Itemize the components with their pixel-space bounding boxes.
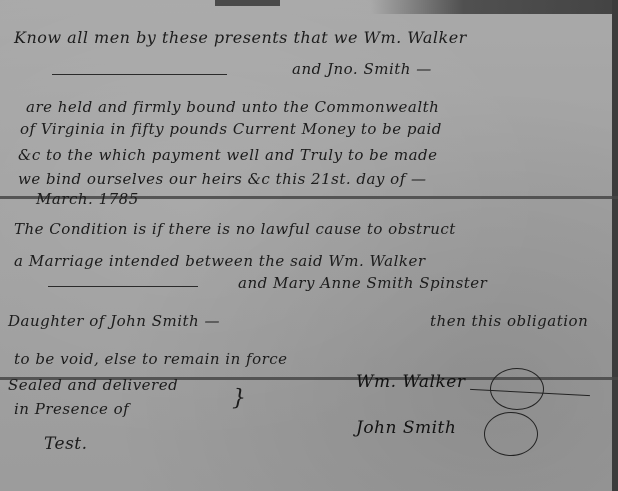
body-date: March. 1785	[36, 190, 139, 208]
brace: }	[232, 386, 247, 411]
blank-rule	[52, 74, 227, 75]
document-page: Know all men by these presents that we W…	[0, 0, 618, 491]
attestation-presence: in Presence of	[14, 400, 129, 418]
signature-walker: Wm. Walker	[356, 372, 465, 392]
condition-line-2: a Marriage intended between the said Wm.…	[14, 252, 426, 270]
paper-top-edge	[0, 0, 618, 14]
paper-right-edge	[612, 0, 618, 491]
attestation-sealed: Sealed and delivered	[8, 376, 178, 394]
condition-line-3: and Mary Anne Smith Spinster	[238, 274, 487, 292]
body-line-1: Know all men by these presents that we W…	[14, 28, 467, 47]
seal-walker	[490, 368, 544, 410]
body-line-6: we bind ourselves our heirs &c this 21st…	[18, 170, 427, 188]
attestation-test: Test.	[44, 434, 88, 454]
condition-line-4: Daughter of John Smith —	[8, 312, 220, 330]
body-line-4: of Virginia in fifty pounds Current Mone…	[20, 120, 442, 138]
body-line-3: are held and firmly bound unto the Commo…	[26, 98, 439, 116]
condition-line-5: then this obligation	[430, 312, 588, 330]
body-line-2: and Jno. Smith —	[292, 60, 432, 78]
seal-smith	[484, 412, 538, 456]
condition-line-1: The Condition is if there is no lawful c…	[14, 220, 456, 238]
blank-rule	[48, 286, 198, 287]
paper-top-shadow	[215, 0, 280, 6]
condition-line-6: to be void, else to remain in force	[14, 350, 288, 368]
body-line-5: &c to the which payment well and Truly t…	[18, 146, 438, 164]
signature-smith: John Smith	[356, 418, 456, 438]
